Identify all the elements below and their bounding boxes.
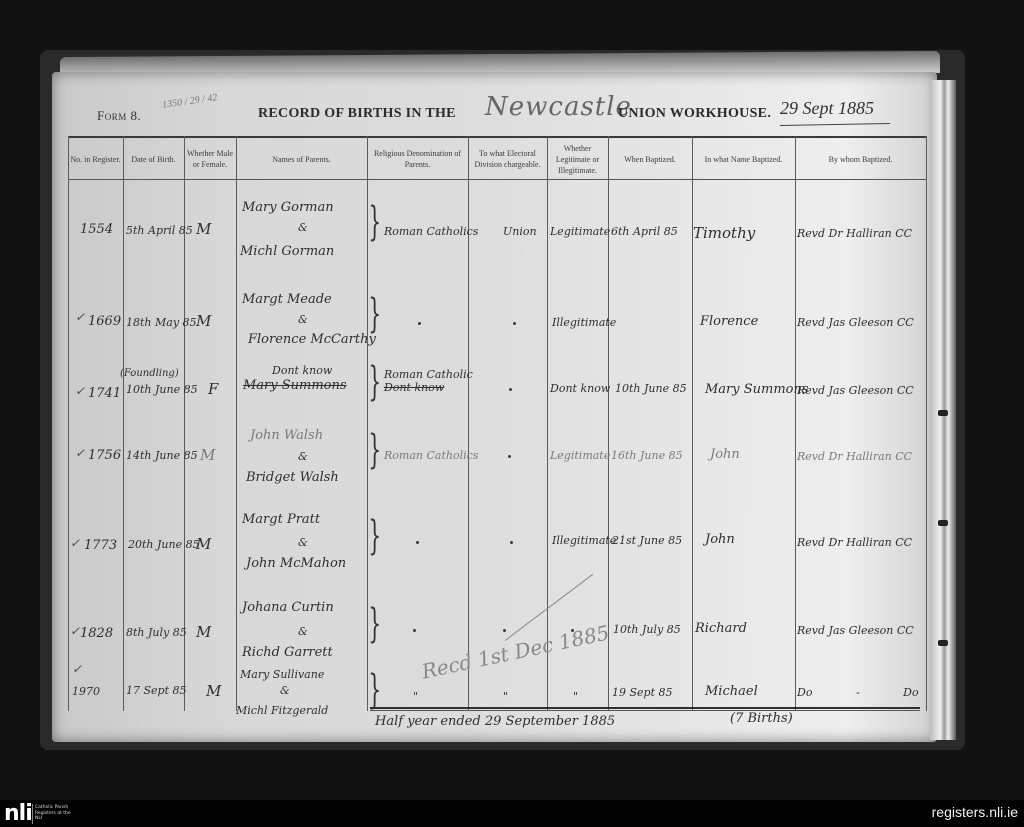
date-of-birth: 10th June 85 — [126, 383, 198, 396]
date-of-birth: 18th May 85 — [126, 316, 197, 329]
logo-caption: Catholic Parish Registers at the NLI — [35, 805, 75, 822]
date-of-birth: 14th June 85 — [126, 449, 198, 462]
table-header-rule — [68, 179, 926, 180]
electoral-division: Union — [503, 225, 537, 238]
sex: M — [196, 535, 211, 553]
title-suffix: UNION WORKHOUSE. — [618, 106, 771, 122]
baptized-name: Michael — [705, 684, 758, 699]
closing-rule-secondary — [370, 710, 920, 711]
form-number: Form 8. — [97, 108, 141, 124]
col-header-sex: Whether Male or Female. — [184, 140, 236, 178]
col-header-baptized-by: By whom Baptized. — [795, 140, 926, 178]
baptized-by: Revd Jas Gleeson CC — [797, 624, 914, 637]
baptized-by: Revd Dr Halliran CC — [797, 536, 912, 549]
baptism-date: 16th June 85 — [611, 449, 683, 462]
sex: M — [196, 220, 211, 238]
header-date: 29 Sept 1885 — [780, 98, 874, 119]
religion: Roman Catholic — [384, 368, 473, 381]
book-binding — [930, 80, 956, 740]
parent-mother: Mary Summons — [243, 378, 347, 393]
check-tick: ✓ — [70, 536, 80, 551]
birth-count: (7 Births) — [730, 711, 793, 726]
parent-mother: Mary Sullivane — [240, 668, 324, 681]
parent-father: Michl Gorman — [240, 244, 334, 259]
baptism-date: 19 Sept 85 — [612, 686, 673, 699]
baptism-date: 10th June 85 — [615, 382, 687, 395]
half-year-footer-note: Half year ended 29 September 1885 — [375, 714, 615, 729]
register-number: 1554 — [80, 222, 113, 237]
ditto-mark: " — [573, 690, 578, 703]
branding-footer — [0, 800, 1024, 827]
baptized-by: Revd Jas Gleeson CC — [797, 384, 914, 397]
ampersand: & — [298, 313, 308, 326]
parent-mother: Johana Curtin — [242, 600, 334, 615]
religion-struck-out: Dont know — [384, 381, 444, 394]
ampersand: & — [298, 221, 308, 234]
parent-unknown: Dont know — [272, 364, 332, 377]
legitimacy: Legitimate — [550, 225, 610, 238]
col-header-no-in-register: No. in Register. — [68, 140, 123, 178]
baptism-date: 6th April 85 — [611, 225, 678, 238]
ampersand: & — [298, 536, 308, 549]
col-header-baptized-name: In what Name Baptized. — [692, 140, 795, 178]
parent-father: Richd Garrett — [242, 645, 333, 660]
ditto-mark: " — [503, 690, 508, 703]
title-prefix: RECORD OF BIRTHS IN THE — [258, 106, 456, 122]
legitimacy: Illegitimate — [552, 316, 616, 329]
ditto-mark — [508, 455, 511, 458]
parent-father: Michl Fitzgerald — [236, 704, 328, 717]
baptized-name: Timothy — [693, 224, 755, 242]
col-header-religion: Religious Denomination of Parents. — [367, 140, 468, 178]
baptized-by: Revd Dr Halliran CC — [797, 227, 912, 240]
parent-father: John McMahon — [246, 556, 346, 571]
legitimacy: Dont know — [550, 382, 610, 395]
legitimacy: Legitimate — [550, 449, 610, 462]
table-top-rule — [68, 136, 926, 138]
baptized-name: Mary Summons — [705, 382, 809, 397]
closing-rule — [370, 707, 920, 709]
ditto-mark — [418, 322, 421, 325]
col-header-electoral-division: To what Electoral Division chargeable. — [468, 140, 547, 178]
parent-mother: Margt Pratt — [242, 512, 320, 527]
religion: Roman Catholics — [384, 225, 478, 238]
register-number: 1828 — [80, 626, 113, 641]
logo-divider — [32, 804, 33, 824]
register-number: 1756 — [88, 448, 121, 463]
legitimacy: Illegitimate — [552, 534, 616, 547]
religion: Roman Catholics — [384, 449, 478, 462]
sex: F — [208, 380, 218, 398]
col-header-when-baptized: When Baptized. — [608, 140, 692, 178]
register-number: 1773 — [84, 538, 117, 553]
register-number: 1741 — [88, 386, 121, 401]
check-tick: ✓ — [72, 662, 82, 677]
register-number: 1970 — [72, 685, 100, 698]
baptized-by: Revd Jas Gleeson CC — [797, 316, 914, 329]
parent-father: John Walsh — [250, 428, 323, 443]
ditto-mark — [413, 629, 416, 632]
sex: M — [196, 623, 211, 641]
parent-mother: Bridget Walsh — [246, 470, 339, 485]
ditto-mark — [416, 541, 419, 544]
register-number: 1669 — [88, 314, 121, 329]
baptized-by: Revd Dr Halliran CC — [797, 450, 912, 463]
col-header-date-of-birth: Date of Birth. — [123, 140, 184, 178]
baptized-name: Richard — [695, 621, 747, 636]
ditto-mark — [509, 388, 512, 391]
union-name: Newcastle — [485, 92, 632, 122]
col-header-parents: Names of Parents. — [236, 140, 367, 178]
ditto-mark — [513, 322, 516, 325]
check-tick: ✓ — [75, 384, 85, 399]
col-header-legitimacy: Whether Legitimate or Illegitimate. — [547, 140, 608, 178]
sex: M — [200, 446, 215, 464]
ditto-mark — [510, 541, 513, 544]
baptized-name: John — [710, 447, 740, 462]
check-tick: ✓ — [75, 446, 85, 461]
parent-mother: Mary Gorman — [242, 200, 334, 215]
sex: M — [196, 312, 211, 330]
ditto-mark: " — [413, 690, 418, 703]
ditto-mark — [503, 629, 506, 632]
check-tick: ✓ — [75, 310, 85, 325]
check-tick: ✓ — [70, 624, 80, 639]
sex: M — [206, 682, 221, 700]
baptized-name: John — [705, 532, 735, 547]
parent-mother: Margt Meade — [242, 292, 332, 307]
nli-logo[interactable]: nli — [4, 803, 32, 825]
parent-father: Florence McCarthy — [248, 332, 376, 347]
date-of-birth: 20th June 85 — [128, 538, 200, 551]
image-viewer: Form 8. 1350 / 29 / 42 RECORD OF BIRTHS … — [0, 0, 1024, 800]
date-of-birth: 5th April 85 — [126, 224, 193, 237]
ampersand: & — [298, 625, 308, 638]
baptism-date: 10th July 85 — [613, 623, 681, 636]
baptized-by: Do - Do — [797, 686, 919, 699]
foundling-note: (Foundling) — [120, 368, 179, 379]
date-of-birth: 8th July 85 — [126, 626, 187, 639]
ampersand: & — [280, 684, 290, 697]
date-of-birth: 17 Sept 85 — [126, 684, 187, 697]
baptism-date: 21st June 85 — [612, 534, 682, 547]
baptized-name: Florence — [700, 314, 758, 329]
site-link[interactable]: registers.nli.ie — [932, 804, 1018, 820]
ampersand: & — [298, 450, 308, 463]
